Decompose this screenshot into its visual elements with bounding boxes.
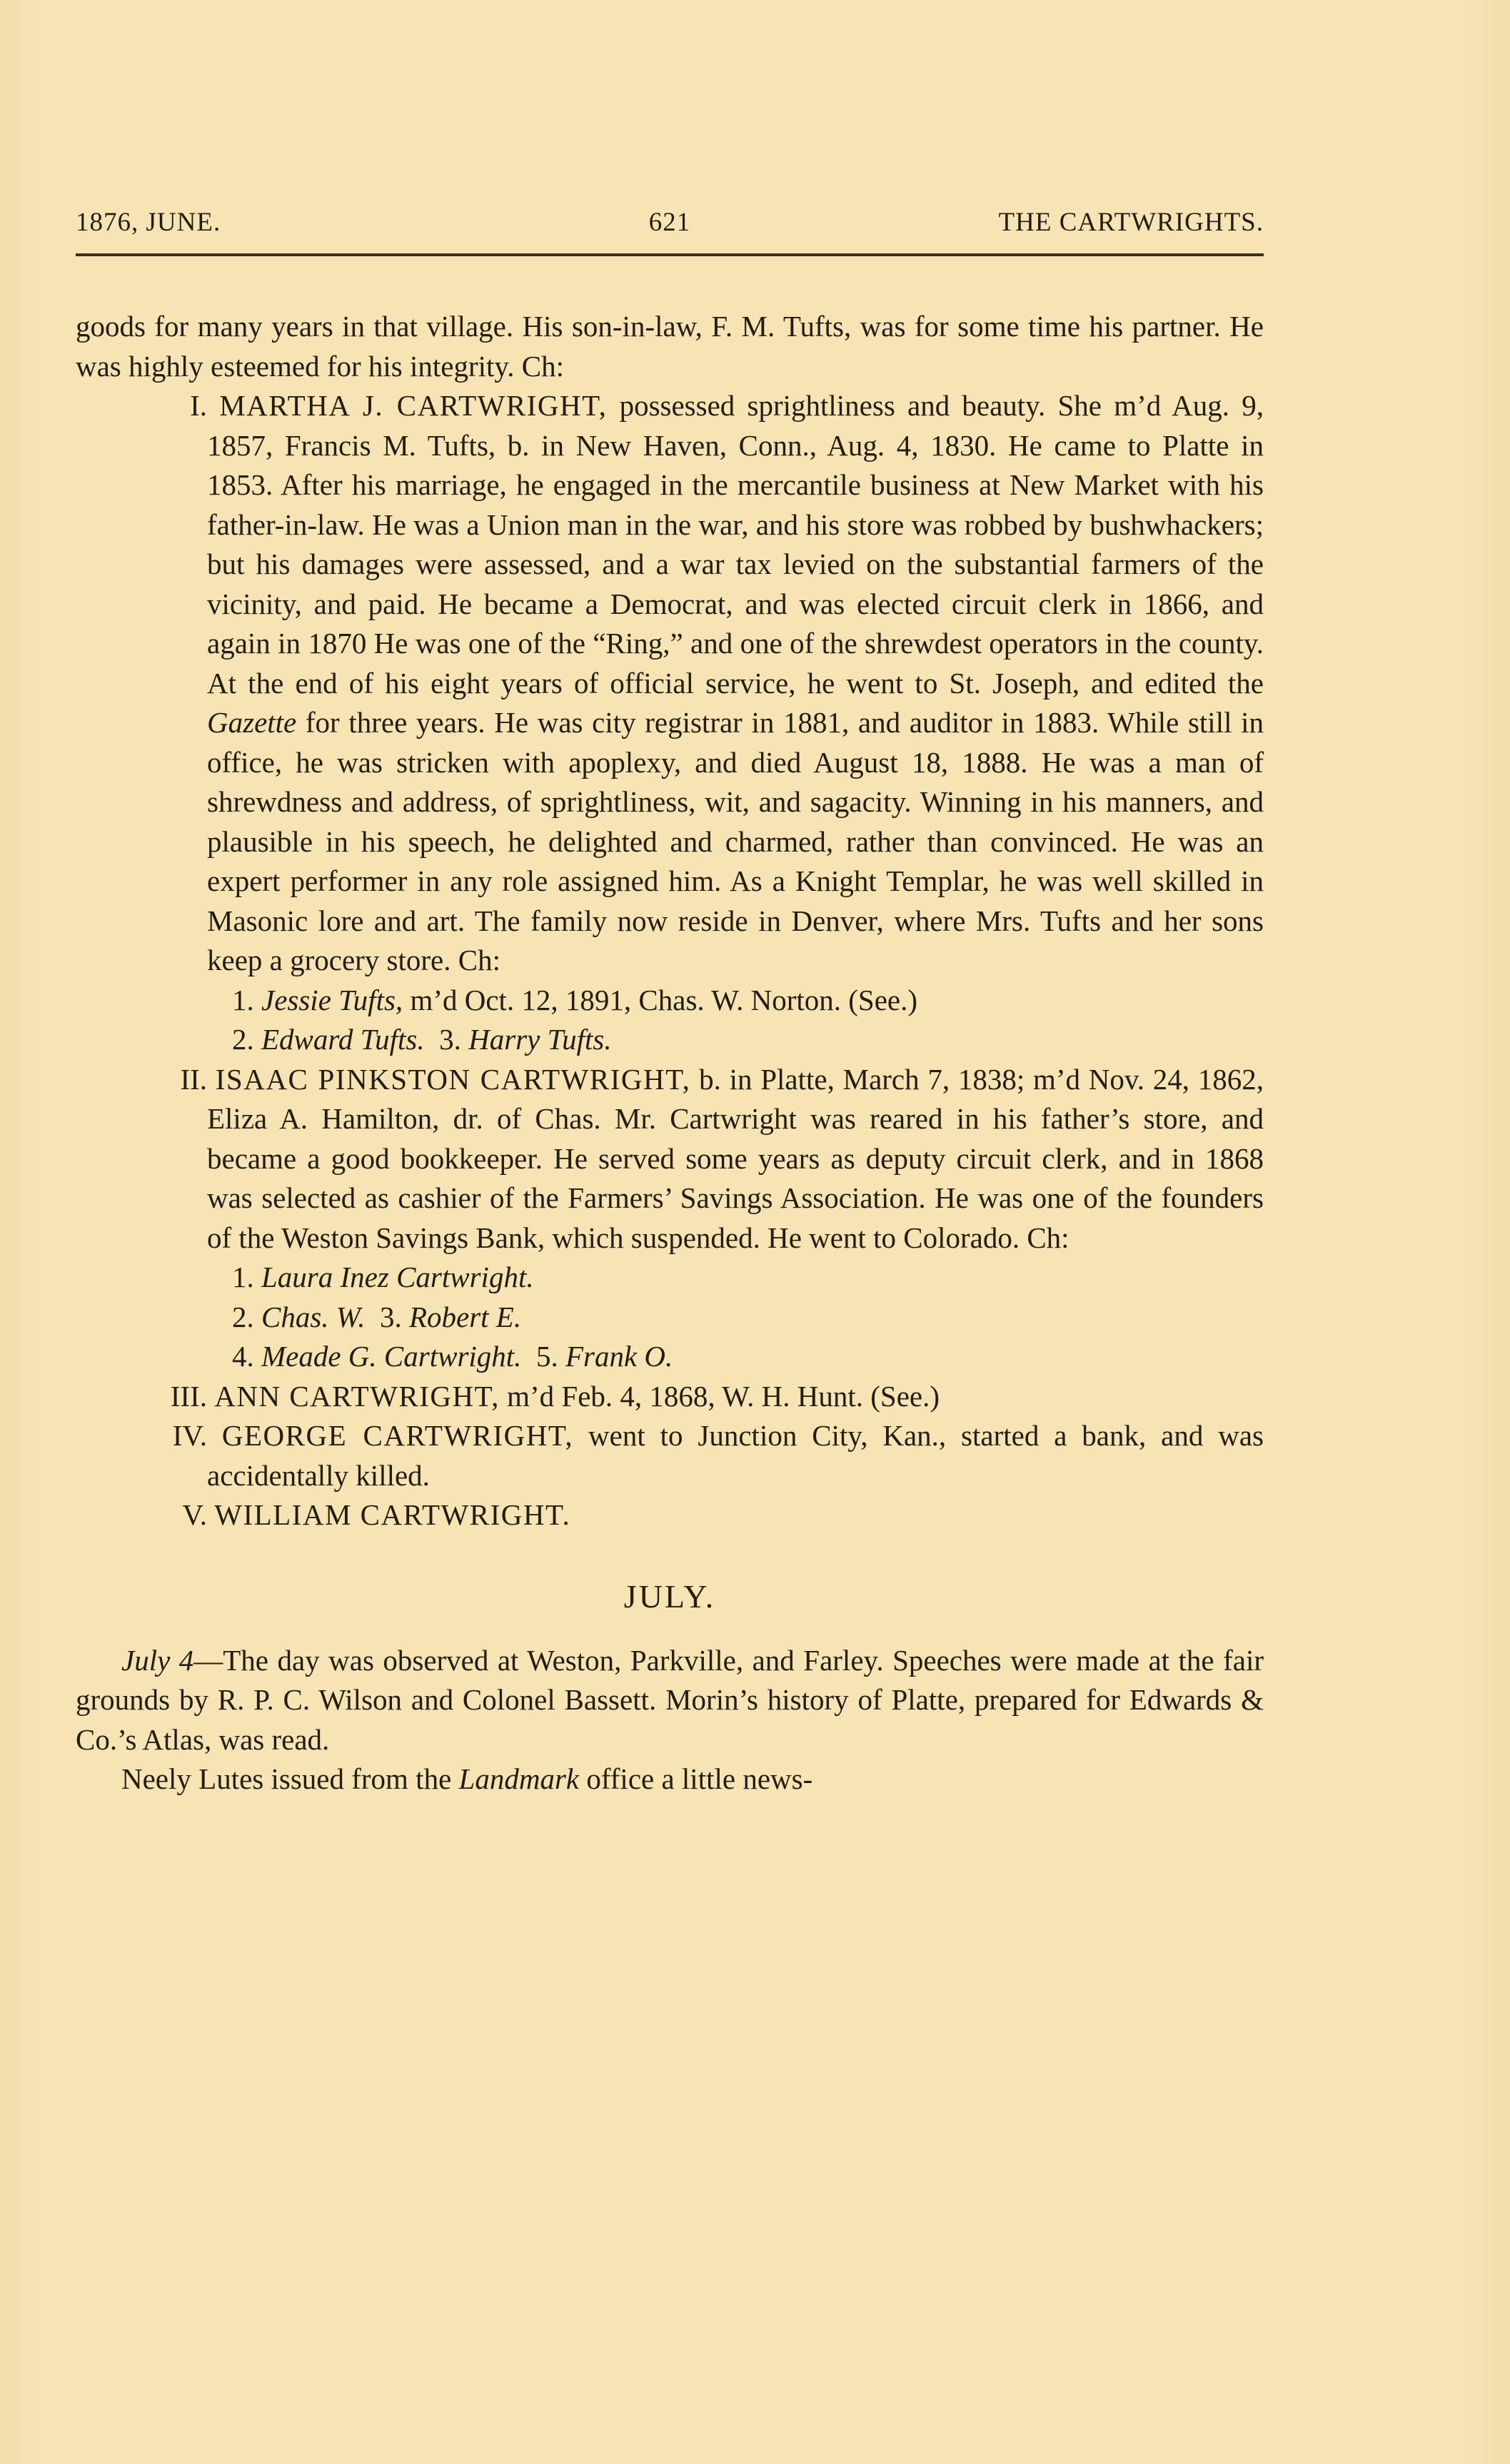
- entry-name: GEORGE CARTWRIGHT,: [222, 1419, 573, 1452]
- paragraph-text: —The day was observed at Weston, Parkvil…: [76, 1644, 1264, 1756]
- child-number: 1.: [232, 1261, 261, 1293]
- child-detail: m’d Oct. 12, 1891, Chas. W. Norton. (See…: [403, 984, 917, 1016]
- header-rule: [76, 253, 1264, 256]
- entry-4: IV. GEORGE CARTWRIGHT, went to Junction …: [76, 1416, 1264, 1495]
- child-name: Laura Inez Cartwright.: [261, 1261, 534, 1293]
- entry-numeral: I.: [121, 386, 207, 426]
- italic-text: July 4: [121, 1644, 193, 1677]
- entry-1: I. MARTHA J. CARTWRIGHT, possessed sprig…: [76, 386, 1264, 981]
- entry-text: m’d Feb. 4, 1868, W. H. Hunt. (See.): [500, 1380, 940, 1413]
- child-number: 5.: [536, 1340, 565, 1373]
- child-name: Meade G. Cartwright.: [261, 1340, 521, 1373]
- child-name: Edward Tufts.: [261, 1023, 425, 1056]
- section-heading: JULY.: [76, 1577, 1264, 1617]
- entry-numeral: IV.: [121, 1416, 207, 1456]
- child-number: 1.: [232, 984, 261, 1016]
- running-head: 1876, JUNE. 621 THE CARTWRIGHTS.: [76, 207, 1264, 243]
- child-number: 2.: [232, 1023, 261, 1056]
- entry-name: WILLIAM CARTWRIGHT.: [214, 1498, 570, 1531]
- genealogy-entries: I. MARTHA J. CARTWRIGHT, possessed sprig…: [76, 386, 1264, 1535]
- entry-name: ANN CARTWRIGHT,: [214, 1380, 500, 1413]
- entry-5: V. WILLIAM CARTWRIGHT.: [76, 1495, 1264, 1535]
- italic-title: Gazette: [207, 706, 296, 739]
- entry-name: ISAAC PINKSTON CARTWRIGHT,: [216, 1063, 691, 1096]
- entry-2: II. ISAAC PINKSTON CARTWRIGHT, b. in Pla…: [76, 1060, 1264, 1258]
- italic-text: Landmark: [459, 1762, 580, 1795]
- child-number: 2.: [232, 1301, 261, 1333]
- section-paragraph: Neely Lutes issued from the Landmark off…: [76, 1759, 1264, 1799]
- child-number: 4.: [232, 1340, 261, 1373]
- entry-3: III. ANN CARTWRIGHT, m’d Feb. 4, 1868, W…: [76, 1377, 1264, 1417]
- section-paragraphs: July 4—The day was observed at Weston, P…: [76, 1641, 1264, 1799]
- child-number: 3.: [380, 1301, 409, 1333]
- child-line: 4. Meade G. Cartwright. 5. Frank O.: [76, 1337, 1264, 1377]
- child-name: Chas. W.: [261, 1301, 365, 1333]
- entry-numeral: V.: [121, 1495, 207, 1535]
- entry-name: MARTHA J. CARTWRIGHT,: [219, 389, 607, 422]
- child-line: 1. Jessie Tufts, m’d Oct. 12, 1891, Chas…: [76, 981, 1264, 1021]
- child-number: 3.: [439, 1023, 468, 1056]
- entry-text: possessed sprightliness and beauty. She …: [207, 389, 1264, 700]
- entry-numeral: II.: [121, 1060, 207, 1100]
- child-line: 2. Edward Tufts. 3. Harry Tufts.: [76, 1020, 1264, 1060]
- section-paragraph: July 4—The day was observed at Weston, P…: [76, 1641, 1264, 1760]
- child-name: Frank O.: [565, 1340, 673, 1373]
- child-name: Harry Tufts.: [468, 1023, 612, 1056]
- child-line: 1. Laura Inez Cartwright.: [76, 1258, 1264, 1298]
- entry-text: for three years. He was city registrar i…: [207, 706, 1264, 976]
- body-text: goods for many years in that village. Hi…: [76, 307, 1264, 1799]
- paragraph-text: office a little news-: [579, 1762, 812, 1795]
- running-head-title: THE CARTWRIGHTS.: [999, 207, 1264, 238]
- paragraph-text: Neely Lutes issued from the: [121, 1762, 459, 1795]
- opening-paragraph: goods for many years in that village. Hi…: [76, 307, 1264, 386]
- child-name: Jessie Tufts,: [261, 984, 403, 1016]
- child-name: Robert E.: [409, 1301, 521, 1333]
- child-line: 2. Chas. W. 3. Robert E.: [76, 1298, 1264, 1338]
- entry-numeral: III.: [121, 1377, 207, 1417]
